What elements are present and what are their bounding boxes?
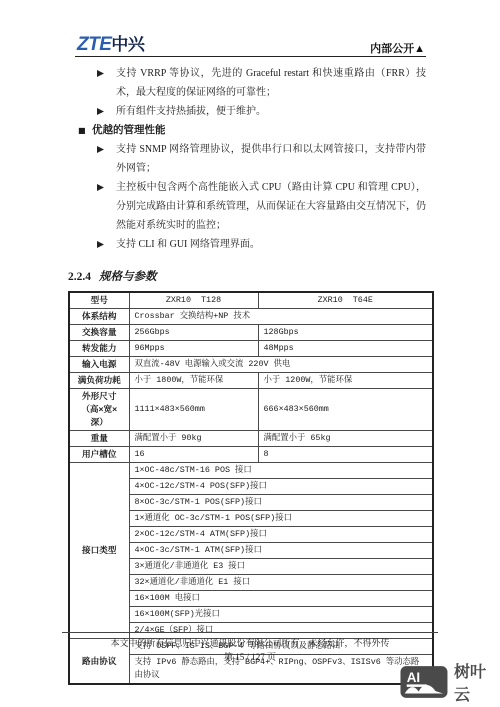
- watermark: AI 树叶云: [400, 659, 500, 705]
- row-label: 用户槽位: [69, 447, 129, 463]
- document-page: ZTE中兴 内部公开▲ 支持 VRRP 等协议，先进的 Graceful res…: [0, 0, 500, 707]
- row-label: 体系结构: [69, 309, 129, 325]
- section-number: 2.2.4: [68, 271, 91, 283]
- row-value-t64e: 48Mpps: [258, 341, 433, 357]
- square-bullet-icon: ■: [75, 121, 92, 140]
- table-row: 转发能力 96Mpps 48Mpps: [69, 341, 433, 357]
- zte-logo-chinese: 中兴: [111, 35, 144, 54]
- interface-item: 1×通道化 OC-3c/STM-1 POS(SFP)接口: [129, 511, 433, 527]
- ai-image-icon: AI: [400, 665, 448, 699]
- row-label: 转发能力: [69, 341, 129, 357]
- classification-label: 内部公开▲: [370, 40, 425, 56]
- row-label: 输入电源: [69, 357, 129, 373]
- row-value-t128: 满配置小于 90kg: [129, 431, 258, 447]
- header-label-cell: 型号: [69, 292, 129, 309]
- interface-item: 4×OC-12c/STM-4 POS(SFP)接口: [129, 479, 433, 495]
- arrow-bullet-icon: [75, 178, 116, 235]
- row-value-t64e: 满配置小于 65kg: [258, 431, 433, 447]
- arrow-bullet-icon: [75, 235, 116, 254]
- table-row: 交换容量 256Gbps 128Gbps: [69, 325, 433, 341]
- row-label: 满负荷功耗: [69, 373, 129, 389]
- subsection-heading-text: 优越的管理性能: [92, 121, 166, 140]
- row-value: 双直流-48V 电源输入或交流 220V 供电: [129, 357, 433, 373]
- interface-item: 32×通道化/非通道化 E1 接口: [129, 575, 433, 591]
- table-row: 重量 满配置小于 90kg 满配置小于 65kg: [69, 431, 433, 447]
- subsection-heading: ■ 优越的管理性能: [75, 121, 426, 140]
- list-item-text: 支持 VRRP 等协议，先进的 Graceful restart 和快速重路由（…: [116, 64, 426, 102]
- list-item-text: 支持 CLI 和 GUI 网络管理界面。: [116, 235, 260, 254]
- list-item: 支持 VRRP 等协议，先进的 Graceful restart 和快速重路由（…: [75, 64, 426, 102]
- zte-logo-latin: ZTE: [77, 34, 111, 55]
- table-row: 接口类型 1×OC-48c/STM-16 POS 接口: [69, 463, 433, 479]
- header-divider: [75, 56, 426, 57]
- model-t128-cell: ZXR10 T128: [129, 292, 258, 309]
- section-heading: 2.2.4规格与参数: [68, 268, 426, 284]
- interface-item: 16×100M 电接口: [129, 591, 433, 607]
- interface-item: 8×OC-3c/STM-1 POS(SFP)接口: [129, 495, 433, 511]
- table-row: 外形尺寸（高×宽×深） 1111×483×560mm 666×483×560mm: [69, 389, 433, 431]
- row-label: 交换容量: [69, 325, 129, 341]
- interface-item: 1×OC-48c/STM-16 POS 接口: [129, 463, 433, 479]
- spec-table: 型号 ZXR10 T128 ZXR10 T64E 体系结构 Crossbar 交…: [68, 291, 434, 685]
- table-row: 用户槽位 16 8: [69, 447, 433, 463]
- table-header-row: 型号 ZXR10 T128 ZXR10 T64E: [69, 292, 433, 309]
- zte-logo: ZTE中兴: [77, 30, 144, 56]
- watermark-label: 树叶云: [454, 659, 500, 705]
- section-title: 规格与参数: [99, 271, 157, 283]
- footer-divider: [62, 632, 438, 633]
- list-item: 所有组件支持热插拔，便于维护。: [75, 102, 426, 121]
- footer-copyright: 本文中的所有信息归中兴通讯股份有限公司所有，未经允许，不得外传: [0, 637, 500, 651]
- arrow-bullet-icon: [75, 102, 116, 121]
- list-item: 支持 CLI 和 GUI 网络管理界面。: [75, 235, 426, 254]
- arrow-bullet-icon: [75, 140, 116, 178]
- list-item-text: 所有组件支持热插拔，便于维护。: [116, 102, 266, 121]
- interface-item: 16×100M(SFP)光接口: [129, 607, 433, 623]
- interface-item: 2×OC-12c/STM-4 ATM(SFP)接口: [129, 527, 433, 543]
- list-item-text: 支持 SNMP 网络管理协议，提供串行口和以太网管接口，支持带内带外网管；: [116, 140, 426, 178]
- row-value-t128: 16: [129, 447, 258, 463]
- table-row: 体系结构 Crossbar 交换结构+NP 技术: [69, 309, 433, 325]
- row-value: Crossbar 交换结构+NP 技术: [129, 309, 433, 325]
- list-item: 主控板中包含两个高性能嵌入式 CPU（路由计算 CPU 和管理 CPU），分别完…: [75, 178, 426, 235]
- table-row: 满负荷功耗 小于 1800W，节能环保 小于 1200W，节能环保: [69, 373, 433, 389]
- row-value-t64e: 小于 1200W，节能环保: [258, 373, 433, 389]
- arrow-bullet-icon: [75, 64, 116, 102]
- row-value-t64e: 8: [258, 447, 433, 463]
- row-value-t128: 小于 1800W，节能环保: [129, 373, 258, 389]
- row-value-t64e: 128Gbps: [258, 325, 433, 341]
- interface-item: 4×OC-3c/STM-1 ATM(SFP)接口: [129, 543, 433, 559]
- list-item: 支持 SNMP 网络管理协议，提供串行口和以太网管接口，支持带内带外网管；: [75, 140, 426, 178]
- svg-text:AI: AI: [407, 670, 420, 685]
- row-value-t64e: 666×483×560mm: [258, 389, 433, 431]
- row-label: 重量: [69, 431, 129, 447]
- list-item-text: 主控板中包含两个高性能嵌入式 CPU（路由计算 CPU 和管理 CPU），分别完…: [116, 178, 426, 235]
- table-row: 输入电源 双直流-48V 电源输入或交流 220V 供电: [69, 357, 433, 373]
- interface-type-label: 接口类型: [69, 463, 129, 639]
- row-value-t128: 256Gbps: [129, 325, 258, 341]
- row-value-t128: 96Mpps: [129, 341, 258, 357]
- model-t64e-cell: ZXR10 T64E: [258, 292, 433, 309]
- row-value-t128: 1111×483×560mm: [129, 389, 258, 431]
- row-label: 外形尺寸（高×宽×深）: [69, 389, 129, 431]
- interface-item: 3×通道化/非通道化 E3 接口: [129, 559, 433, 575]
